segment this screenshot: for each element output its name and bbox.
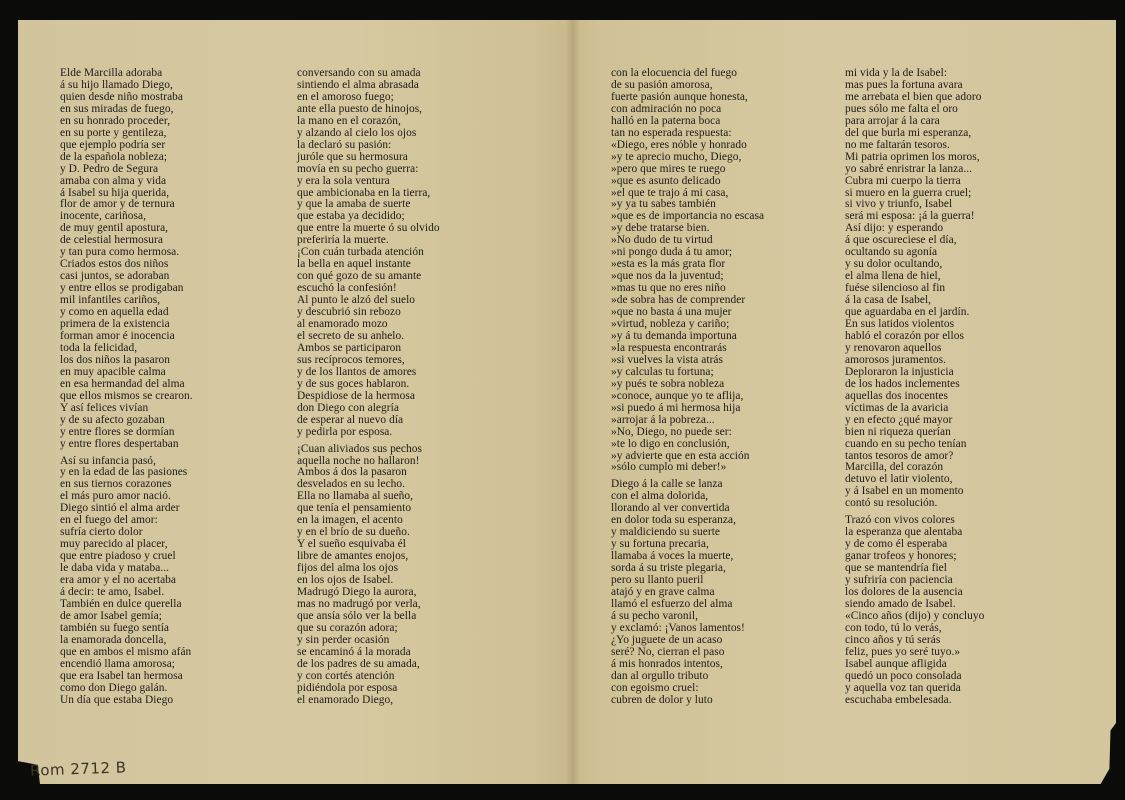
verse-line: y en efecto ¿qué mayor	[845, 415, 984, 427]
verse-line: que ejemplo podría ser	[60, 140, 193, 152]
verse-line: »y te aprecio mucho, Diego,	[611, 152, 764, 164]
verse-line: á mis honrados intentos,	[611, 659, 764, 671]
verse-line: y exclamó: ¡Vanos lamentos!	[611, 623, 764, 635]
verse-line: en esa hermandad del alma	[60, 379, 193, 391]
verse-line: amaba con alma y vida	[60, 176, 193, 188]
verse-line: Isabel aunque afligida	[845, 659, 984, 671]
verse-line: víctimas de la avaricia	[845, 403, 984, 415]
verse-line: y de sus goces hablaron.	[297, 379, 440, 391]
verse-line: encendió llama amorosa;	[60, 659, 193, 671]
verse-line: cuando en su pecho tenían	[845, 439, 984, 451]
verse-line: también su fuego sentía	[60, 623, 193, 635]
verse-line: »si puedo á mi hermosa hija	[611, 403, 764, 415]
verse-line: de esperar al nuevo día	[297, 415, 440, 427]
verse-line: »te lo digo en conclusión,	[611, 439, 764, 451]
verse-line: de los padres de su amada,	[297, 659, 440, 671]
stanza: ¡Cuan aliviados sus pechosaquella noche …	[297, 444, 440, 707]
stanza: Elde Marcilla adorabaá su hijo llamado D…	[60, 68, 193, 451]
verse-line: Despidiose de la hermosa	[297, 391, 440, 403]
verse-line: seré? No, cierran el paso	[611, 647, 764, 659]
verse-line: Y así felices vivían	[60, 403, 193, 415]
verse-line: la mano en el corazón,	[297, 116, 440, 128]
center-fold	[566, 20, 580, 784]
verse-line: como don Diego galán.	[60, 683, 193, 695]
verse-line: la declaró su pasión:	[297, 140, 440, 152]
text-column-4: mi vida y la de Isabel:mas pues la fortu…	[845, 68, 984, 707]
verse-line: Mi patria oprimen los moros,	[845, 152, 984, 164]
verse-line: contó su resolución.	[845, 498, 984, 510]
verse-line: Deploraron la injusticia	[845, 367, 984, 379]
verse-line: Un día que estaba Diego	[60, 695, 193, 707]
stanza: Así su infancia pasó,y en la edad de las…	[60, 456, 193, 707]
verse-line: del que burla mi esperanza,	[845, 128, 984, 140]
verse-line: en su honrado proceder,	[60, 116, 193, 128]
verse-line: para arrojar á la cara	[845, 116, 984, 128]
verse-line: ¡Cuan aliviados sus pechos	[297, 444, 440, 456]
text-column-1: Elde Marcilla adorabaá su hijo llamado D…	[60, 68, 193, 707]
verse-line: que ellos mismos se crearon.	[60, 391, 193, 403]
verse-line: y sin perder ocasión	[297, 635, 440, 647]
verse-line: »pero que mires te ruego	[611, 164, 764, 176]
verse-line: »y pués te sobra nobleza	[611, 379, 764, 391]
verse-line: de los hados inclementes	[845, 379, 984, 391]
verse-line: »sólo cumplo mi deber!»	[611, 462, 764, 474]
stanza: con la elocuencia del fuegode su pasión …	[611, 68, 764, 474]
verse-line: »y calculas tu fortuna;	[611, 367, 764, 379]
shelfmark-annotation: Rom 2712 B	[30, 758, 127, 779]
verse-line: »que es asunto delicado	[611, 176, 764, 188]
verse-line: y con cortés atención	[297, 671, 440, 683]
verse-line: en su porte y gentileza,	[60, 128, 193, 140]
verse-line: y pedirla por esposa.	[297, 427, 440, 439]
verse-line: don Diego con alegría	[297, 403, 440, 415]
verse-line: yo sabré enristrar la lanza...	[845, 164, 984, 176]
verse-line: pidiéndola por esposa	[297, 683, 440, 695]
verse-line: dan al orgullo tributo	[611, 671, 764, 683]
verse-line: que su corazón adora;	[297, 623, 440, 635]
text-column-2: conversando con su amadasintiendo el alm…	[297, 68, 440, 707]
verse-line: Cubra mi cuerpo la tierra	[845, 176, 984, 188]
verse-line: la enamorada doncella,	[60, 635, 193, 647]
verse-line: quedó un poco consolada	[845, 671, 984, 683]
verse-line: halló en la paterna boca	[611, 116, 764, 128]
verse-line: que era Isabel tan hermosa	[60, 671, 193, 683]
stanza: conversando con su amadasintiendo el alm…	[297, 68, 440, 439]
verse-line: »arrojar á la pobreza...	[611, 415, 764, 427]
verse-line: ¿Yo juguete de un acaso	[611, 635, 764, 647]
verse-line: aquellas dos inocentes	[845, 391, 984, 403]
verse-line: con egoismo cruel:	[611, 683, 764, 695]
verse-line: se encaminó á la morada	[297, 647, 440, 659]
verse-line: feliz, pues yo seré tuyo.»	[845, 647, 984, 659]
verse-line: »conoce, aunque yo te aflija,	[611, 391, 764, 403]
stanza: Trazó con vivos coloresla esperanza que …	[845, 515, 984, 706]
stanza: mi vida y la de Isabel:mas pues la fortu…	[845, 68, 984, 510]
verse-line: que en ambos el mismo afán	[60, 647, 193, 659]
verse-line: tan no esperada respuesta:	[611, 128, 764, 140]
verse-line: juróle que su hermosura	[297, 152, 440, 164]
verse-line: cinco años y tú serás	[845, 635, 984, 647]
verse-line: y entre flores despertaban	[60, 439, 193, 451]
verse-line: el enamorado Diego,	[297, 695, 440, 707]
verse-line: con todo, tú lo verás,	[845, 623, 984, 635]
verse-line: movía en su pecho guerra:	[297, 164, 440, 176]
verse-line: bien ni riqueza querían	[845, 427, 984, 439]
verse-line: de la española nobleza;	[60, 152, 193, 164]
verse-line: y D. Pedro de Segura	[60, 164, 193, 176]
verse-line: »No, Diego, no puede ser:	[611, 427, 764, 439]
verse-line: y de los llantos de amores	[297, 367, 440, 379]
text-column-3: con la elocuencia del fuegode su pasión …	[611, 68, 764, 707]
verse-line: «Diego, eres nóble y honrado	[611, 140, 764, 152]
verse-line: y de su afecto gozaban	[60, 415, 193, 427]
verse-line: cubren de dolor y luto	[611, 695, 764, 707]
verse-line: y era la sola ventura	[297, 176, 440, 188]
stanza: Diego á la calle se lanzacon el alma dol…	[611, 479, 764, 706]
verse-line: escuchaba embelesada.	[845, 695, 984, 707]
verse-line: no me faltarán tesoros.	[845, 140, 984, 152]
verse-line: y entre flores se dormían	[60, 427, 193, 439]
verse-line: y aquella voz tan querida	[845, 683, 984, 695]
verse-line: en muy apacible calma	[60, 367, 193, 379]
verse-line: y alzando al cielo los ojos	[297, 128, 440, 140]
